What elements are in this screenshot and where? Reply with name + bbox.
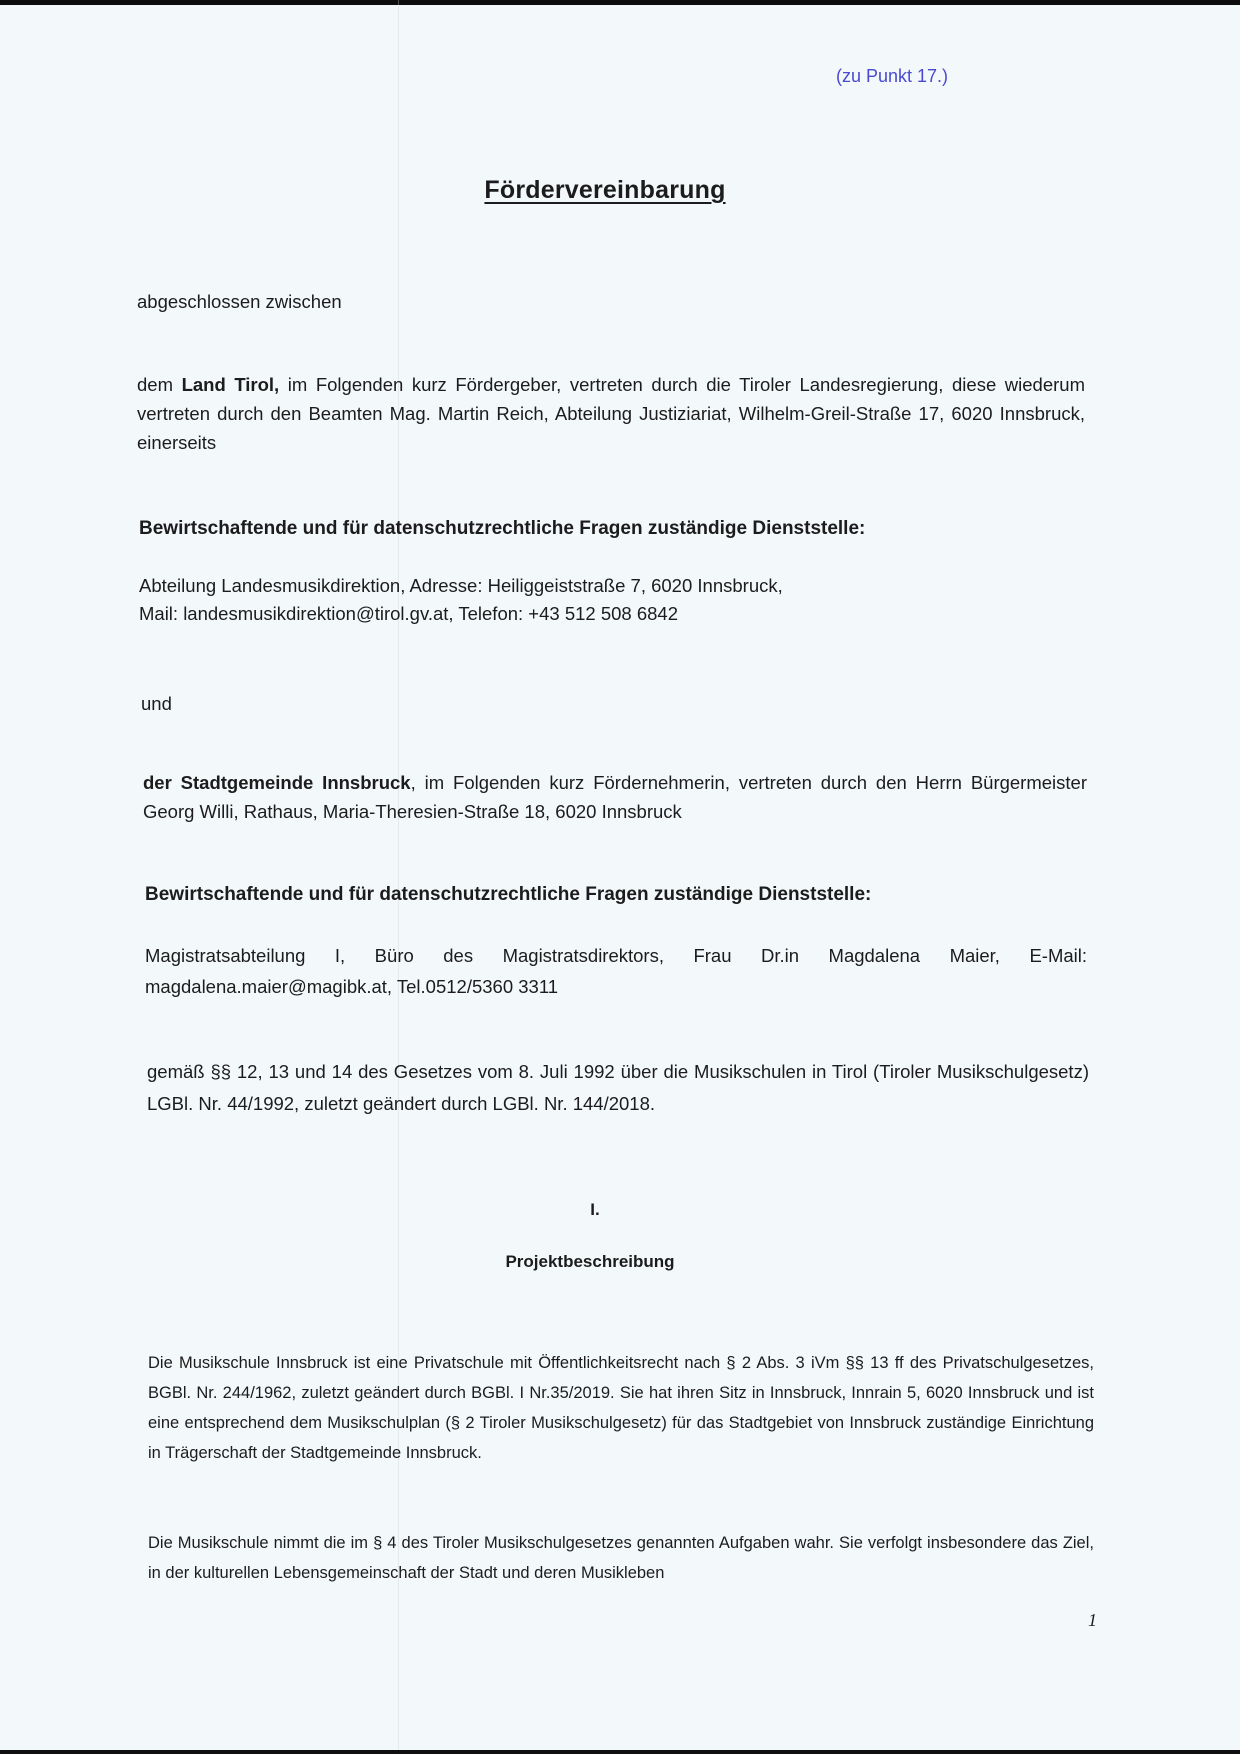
document-page: (zu Punkt 17.) Fördervereinbarung abgesc… <box>0 0 1240 1754</box>
office2-heading: Bewirtschaftende und für datenschutzrech… <box>145 884 871 906</box>
office1-contact: Mail: landesmusikdirektion@tirol.gv.at, … <box>139 600 783 628</box>
intro-text: abgeschlossen zwischen <box>137 288 342 316</box>
office1-address: Abteilung Landesmusikdirektion, Adresse:… <box>139 572 783 600</box>
office1-heading: Bewirtschaftende und für datenschutzrech… <box>139 518 865 540</box>
section-number: I. <box>0 1200 1215 1220</box>
conjunction-text: und <box>141 690 172 718</box>
party1-prefix: dem <box>137 374 182 395</box>
section-paragraph-1: Die Musikschule Innsbruck ist eine Priva… <box>148 1348 1094 1468</box>
party2-paragraph: der Stadtgemeinde Innsbruck, im Folgende… <box>143 768 1087 826</box>
party2-name: der Stadtgemeinde Innsbruck <box>143 772 411 793</box>
party1-paragraph: dem Land Tirol, im Folgenden kurz Förder… <box>137 370 1085 457</box>
document-title: Fördervereinbarung <box>0 176 1210 205</box>
section-paragraph-2: Die Musikschule nimmt die im § 4 des Tir… <box>148 1528 1094 1588</box>
scan-edge-bottom <box>0 1750 1240 1754</box>
office1-details: Abteilung Landesmusikdirektion, Adresse:… <box>139 572 783 628</box>
section-title: Projektbeschreibung <box>0 1252 1210 1272</box>
page-number: 1 <box>1088 1610 1097 1631</box>
agenda-reference-annotation: (zu Punkt 17.) <box>836 66 948 87</box>
party1-text: im Folgenden kurz Fördergeber, vertreten… <box>137 374 1085 453</box>
party1-name: Land Tirol, <box>182 374 280 395</box>
office2-details: Magistratsabteilung I, Büro des Magistra… <box>145 940 1087 1002</box>
legal-basis-paragraph: gemäß §§ 12, 13 und 14 des Gesetzes vom … <box>147 1056 1089 1120</box>
